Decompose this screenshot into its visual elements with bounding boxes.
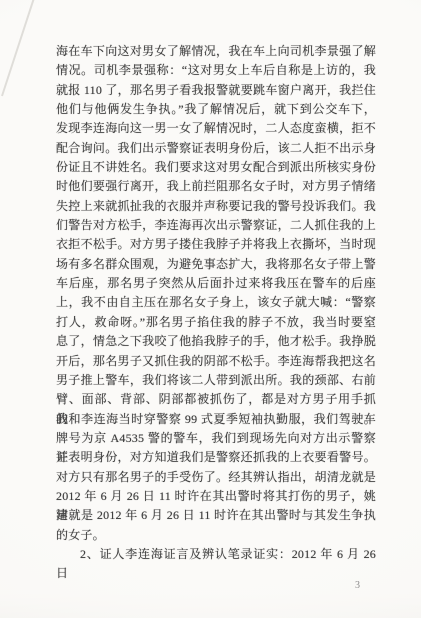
text-line: 臂、面部、背部、阴部都被抓伤了，都是对方男子用手抓的。 (56, 390, 376, 409)
text-line: 车后座，那名男子突然从后面扑过来将我压在警车的后座 (56, 274, 376, 293)
text-line: 2012 年 6 月 26 日 11 时许在其出警时将其打伤的男子，姚建 (56, 487, 376, 506)
text-line: 牌号为京 A4535 警的警车，我们到现场先向对方出示警察证 (56, 429, 376, 448)
page-corner-fold-artifact (0, 0, 60, 110)
text-line: 并表明身份，对方知道我们是警察还抓我的上衣要看警号。 (56, 448, 376, 467)
text-line: 们警告对方松手，李连海再次出示警察证，二人抓住我的上 (56, 216, 376, 235)
text-line: 时他们要强行离开，我上前拦阻那名女子时，对方男子情绪 (56, 177, 376, 196)
text-line: 衣拒不松手。对方男子搂住我脖子并将我上衣撕坏，当时现 (56, 235, 376, 254)
text-line: 开后，那名男子又抓住我的阴部不松手。李连海帮我把这名 (56, 352, 376, 371)
text-line: 就报 110 了，那名男子看我报警就要跳车窗户离开，我拦住 (56, 81, 376, 100)
text-line: 海在车下向这对男女了解情况，我在车上向司机李景强了解 (56, 42, 376, 61)
text-line: 息了，情急之下我咬了他掐我脖子的手，他才松手。我挣脱 (56, 332, 376, 351)
text-line: 情况。司机李景强称：“这对男女上车后自称是上访的，我 (56, 61, 376, 80)
text-line-list-item-2: 2、证人李连海证言及辨认笔录证实：2012 年 6 月 26 日 (56, 545, 376, 564)
document-body: 海在车下向这对男女了解情况，我在车上向司机李景强了解 情况。司机李景强称：“这对… (56, 42, 376, 564)
text-line: 他们与他俩发生争执。”我了解情况后，就下到公交车下， (56, 100, 376, 119)
scanned-document-page: 海在车下向这对男女了解情况，我在车上向司机李景强了解 情况。司机李景强称：“这对… (0, 0, 421, 618)
text-line: 发现李连海向这一男一女了解情况时，二人态度蛮横，拒不 (56, 119, 376, 138)
text-line: 清就是 2012 年 6 月 26 日 11 时许在其出警时与其发生争执 (56, 506, 376, 525)
page-number: 3 (355, 580, 360, 591)
text-line: 男子推上警车，我们将该二人带到派出所。我的颈部、右前 (56, 371, 376, 390)
text-line: 失控上来就抓扯我的衣服并声称要记我的警号投诉我们。我 (56, 197, 376, 216)
text-line: 我和李连海当时穿警察 99 式夏季短袖执勤服，我们驾驶车 (56, 410, 376, 429)
text-line: 打人，救命呀。”那名男子掐住我的脖子不放，我当时要窒 (56, 313, 376, 332)
text-line: 配合询问。我们出示警察证表明身份后，该二人拒不出示身 (56, 139, 376, 158)
text-line: 份证且不讲姓名。我们要求这对男女配合到派出所核实身份 (56, 158, 376, 177)
text-line: 的女子。 (56, 526, 376, 545)
text-line: 场有多名群众围观，为避免事态扩大，我将那名女子带上警 (56, 255, 376, 274)
text-line: 对方只有那名男子的手受伤了。经其辨认指出，胡清龙就是 (56, 468, 376, 487)
text-line: 上，我不由自主压在那名女子身上，该女子就大喊：“警察 (56, 293, 376, 312)
